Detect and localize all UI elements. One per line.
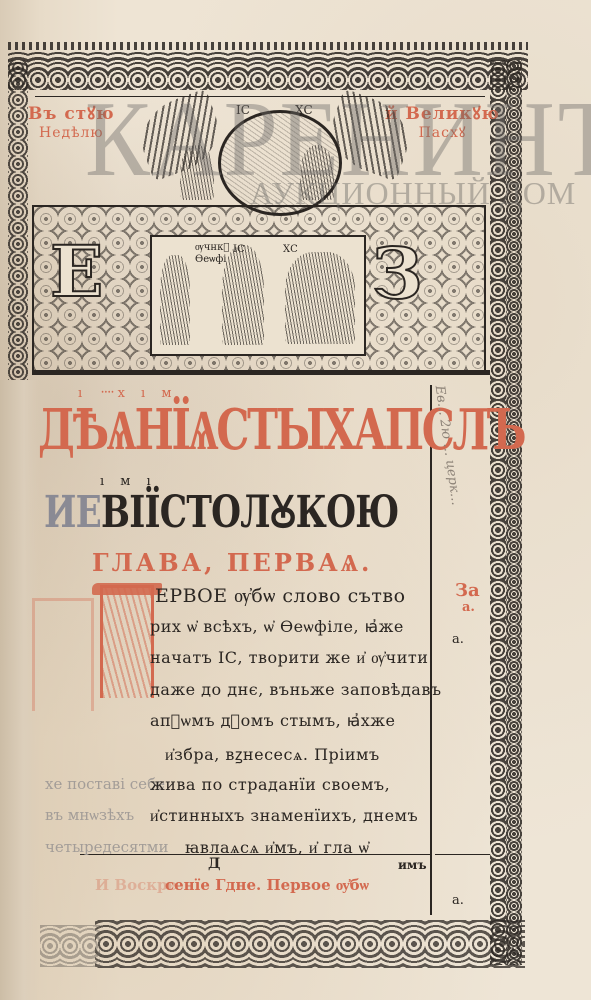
body-line-4: даже до днє, въньже заповѣдавъ <box>150 680 442 699</box>
ornamental-border-left <box>8 60 28 380</box>
body-line-8: и҆стинныхъ знаменїихъ, днемъ <box>150 806 418 826</box>
ornamental-border-bottom-faded <box>40 925 100 967</box>
signature-mark: Д <box>208 856 220 872</box>
left-rubric-line2: Недѣлю <box>28 124 115 143</box>
catchword: имъ <box>398 858 427 872</box>
bleed-through-8: четыредесятми <box>45 838 168 856</box>
angel-left-icon <box>180 145 214 200</box>
left-rubric-line1: Въ стꙋю <box>28 104 115 124</box>
body-line-7: жива по страданїи своемъ, <box>150 775 390 794</box>
drop-cap-offset-ghost <box>32 598 94 711</box>
bleed-through-7: въ мнѡзѣхъ <box>45 806 134 825</box>
bleed-through-6: хе поставі себе <box>45 775 165 793</box>
watermark-subtitle: АУКЦИОННЫЙ ДОМ <box>250 175 576 212</box>
left-rubric: Въ стꙋю Недѣлю <box>28 105 115 143</box>
body-line-2: рих ѡ҆ всѣхъ, ѡ҆ Ѳеѡфілe, ꙗ҆же <box>150 617 404 637</box>
ornamental-initial-left: Е <box>50 230 103 313</box>
ornamental-border-bottom <box>95 920 525 968</box>
scene-label-theophilus: Ѳеѡфі <box>195 254 226 265</box>
body-line-5: апⷧѡмъ дⷯомъ стымъ, ꙗ҆хже <box>150 711 395 731</box>
body-line-1: ЕРВОЕ ѹ҆бѡ слово сътво <box>155 585 406 608</box>
title-red-line: ДѢѦНЇѦСТЫХАПСЛЪ <box>38 393 327 468</box>
margin-verse-mark-1: а. <box>452 632 464 647</box>
title-black-offset-ghost: ИЕ <box>44 487 101 538</box>
body-line-6: и҆збра, вꙁнесесѧ. Пріимъ <box>165 743 380 765</box>
chapter-heading: ГЛАВА, ПЕРВАѦ. <box>92 548 372 578</box>
drop-cap-initial <box>100 585 154 698</box>
xc-label: ХС <box>295 103 313 117</box>
body-line-9: ꙗвлаѧсѧ и҆мъ, и҆ гла ѡ҆ <box>185 838 369 858</box>
title-black-line: ИЕВІЇСТОЛꙊКОЮ <box>44 488 399 538</box>
scene-label-xc: ХС <box>283 244 298 255</box>
ornamental-border-top <box>8 42 528 90</box>
title-black-text: ВІЇСТОЛꙊКОЮ <box>101 487 399 538</box>
ornamental-initial-right: З <box>372 232 422 315</box>
ic-label: ІС <box>236 103 250 117</box>
body-line-3: начатъ ІС, творити же и҆ ѹ҆чити. <box>150 648 434 668</box>
margin-reading-number: За <box>455 580 480 601</box>
christ-figure-icon <box>222 245 264 345</box>
footer-rubric: сенїе Гдне. Первое ѹ҆бѡ <box>165 876 369 895</box>
margin-reading-sub: а. <box>462 600 475 615</box>
king-figure-icon <box>160 255 190 345</box>
right-rubric-line1: й Великꙋю <box>385 104 500 124</box>
header-rule <box>35 96 485 97</box>
apostles-group-icon <box>285 252 355 344</box>
scene-label-disciple: ѹчнкⷧ <box>195 242 229 253</box>
margin-verse-mark-2: а. <box>452 893 464 908</box>
headpiece-base-rule <box>32 370 490 375</box>
margin-bottom-rule <box>435 854 490 855</box>
